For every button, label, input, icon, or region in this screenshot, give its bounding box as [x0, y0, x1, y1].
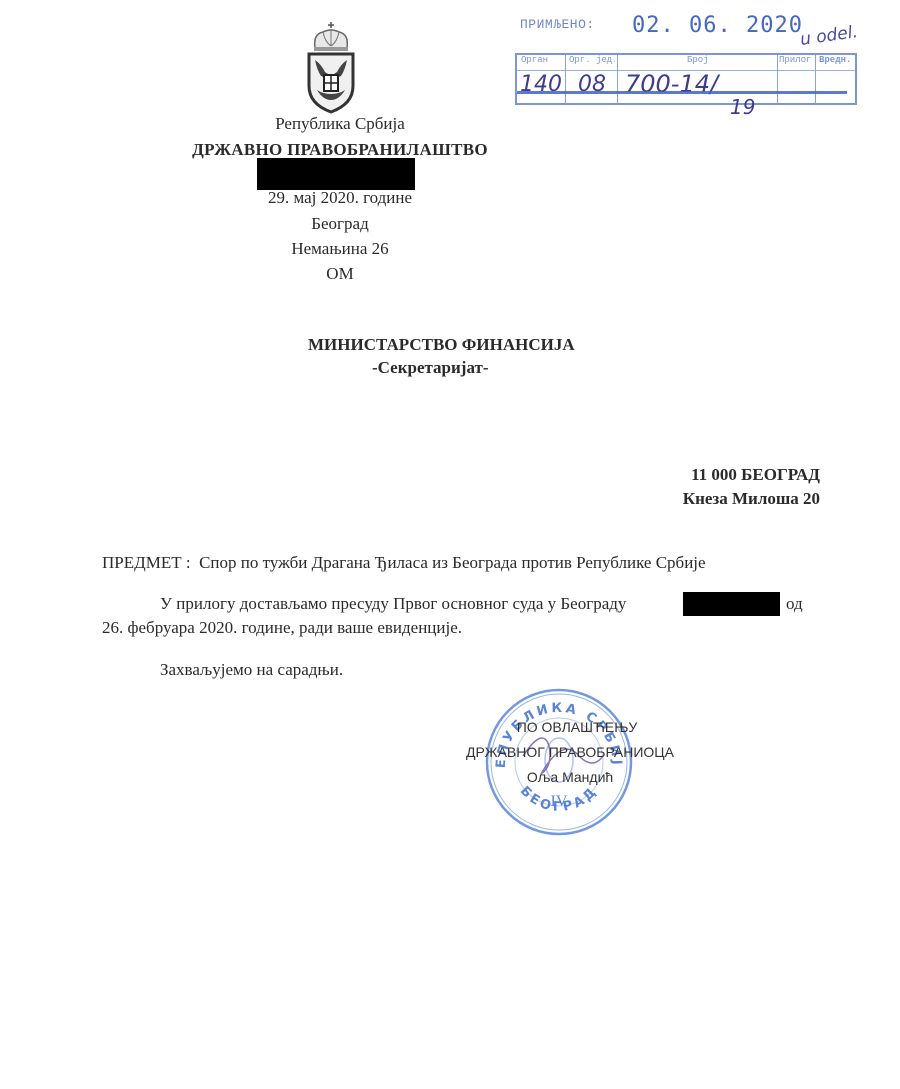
recipient-street: Кнеза Милоша 20 — [683, 487, 820, 511]
subject-label: ПРЕДМЕТ : — [102, 553, 191, 572]
stamp-col-value: Вредн. — [819, 55, 857, 69]
coat-of-arms-icon — [301, 20, 361, 115]
sender-address: Немањина 26 — [160, 237, 520, 261]
document-city: Београд — [160, 212, 520, 236]
paragraph-line-1-end: од — [786, 592, 803, 616]
stamp-col-attachment: Прилог — [779, 55, 815, 69]
signature-line-1: ПО ОВЛАШЋЕЊУ — [482, 719, 672, 735]
stamp-col-organ: Орган — [521, 55, 565, 69]
thanks-line: Захваљујемо на сарадњи. — [160, 658, 343, 682]
stamp-col-unit: Орг. јед. — [569, 55, 615, 69]
redaction-bar-case-number — [683, 592, 780, 616]
republic-name: Република Србија — [160, 112, 520, 136]
recipient-postal-city: 11 000 БЕОГРАД — [691, 463, 820, 487]
stamp-col-number: Број — [687, 55, 747, 69]
received-stamp-label: ПРИМЉЕНО: — [520, 17, 595, 32]
received-stamp-date: 02. 06. 2020 — [632, 13, 803, 38]
handwritten-note: u odel. — [799, 22, 859, 50]
sender-code: ОМ — [160, 262, 520, 286]
paragraph-line-1: У прилогу достављамо пресуду Првог основ… — [160, 592, 626, 616]
official-round-seal-icon: РЕПУБЛИКА СРБИЈА БЕОГРАД IV — [483, 686, 635, 838]
paragraph-line-2: 26. фебруара 2020. године, ради ваше еви… — [102, 616, 462, 640]
svg-text:IV: IV — [551, 793, 568, 810]
subject-text: Спор по тужби Драгана Ђиласа из Београда… — [199, 553, 706, 572]
signatory-name: Оља Мандић — [470, 769, 670, 785]
signature-line-2: ДРЖАВНОГ ПРАВОБРАНИОЦА — [440, 744, 700, 760]
recipient-department: -Секретаријат- — [372, 356, 489, 380]
subject-line: ПРЕДМЕТ : Спор по тужби Драгана Ђиласа и… — [102, 551, 706, 575]
stamp-strike-line — [517, 91, 847, 94]
stamp-hand-year: 19 — [730, 95, 755, 119]
recipient-name: МИНИСТАРСТВО ФИНАНСИЈА — [308, 333, 575, 357]
document-date: 29. мај 2020. године — [160, 186, 520, 210]
